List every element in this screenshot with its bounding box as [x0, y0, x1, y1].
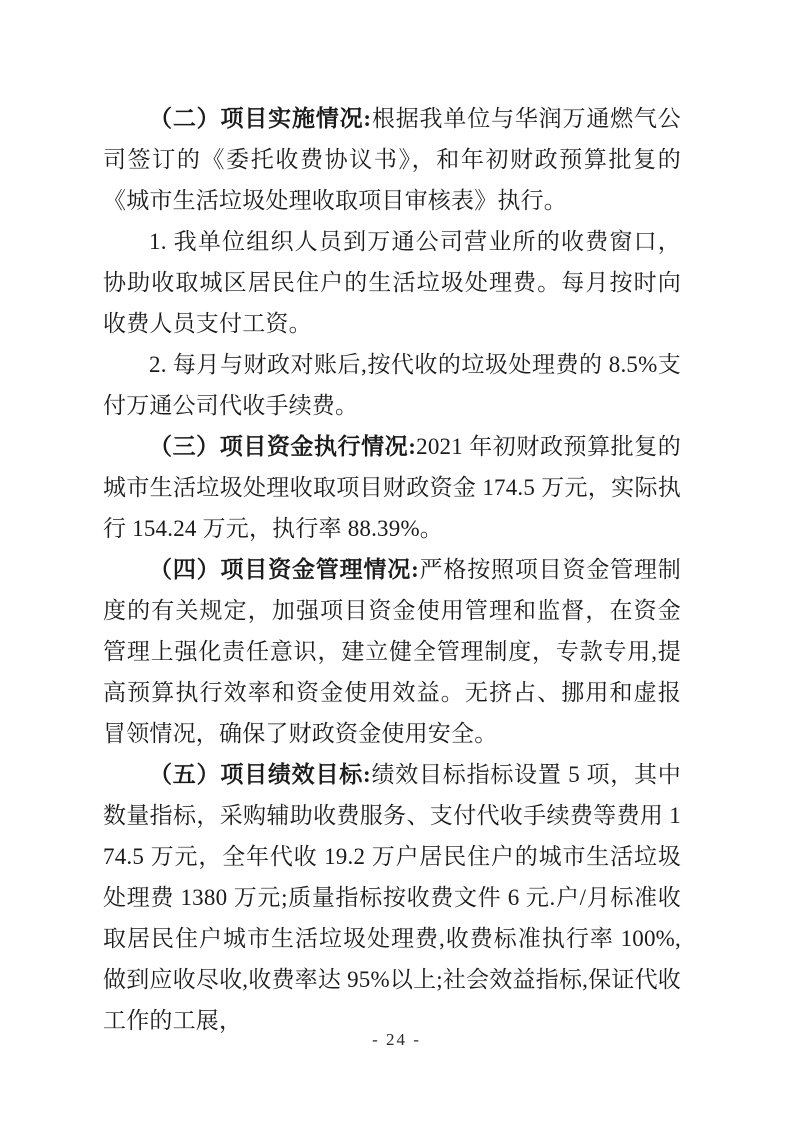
paragraph-text: 2. 每月与财政对账后,按代收的垃圾处理费的 8.5%支付万通公司代收手续费。	[103, 352, 681, 418]
paragraph-text: 绩效目标指标设置 5 项，其中数量指标，采购辅助收费服务、支付代收手续费等费用 …	[103, 762, 681, 1033]
para-item-1: 1. 我单位组织人员到万通公司营业所的收费窗口，协助收取城区居民住户的生活垃圾处…	[103, 221, 681, 344]
para-project-implementation: （二）项目实施情况:根据我单位与华润万通燃气公司签订的《委托收费协议书》，和年初…	[103, 98, 681, 221]
section-heading-implementation: （二）项目实施情况:	[149, 106, 371, 131]
document-page: （二）项目实施情况:根据我单位与华润万通燃气公司签订的《委托收费协议书》，和年初…	[0, 0, 793, 1122]
page-number: - 24 -	[0, 1030, 793, 1050]
para-fund-execution: （三）项目资金执行情况:2021 年初财政预算批复的城市生活垃圾处理收取项目财政…	[103, 426, 681, 549]
para-fund-management: （四）项目资金管理情况:严格按照项目资金管理制度的有关规定，加强项目资金使用管理…	[103, 549, 681, 754]
document-body: （二）项目实施情况:根据我单位与华润万通燃气公司签订的《委托收费协议书》，和年初…	[103, 98, 681, 1041]
section-heading-fund-management: （四）项目资金管理情况:	[149, 557, 419, 582]
section-heading-fund-execution: （三）项目资金执行情况:	[149, 434, 416, 459]
para-performance-targets: （五）项目绩效目标:绩效目标指标设置 5 项，其中数量指标，采购辅助收费服务、支…	[103, 754, 681, 1041]
page-number-text: - 24 -	[372, 1030, 421, 1049]
para-item-2: 2. 每月与财政对账后,按代收的垃圾处理费的 8.5%支付万通公司代收手续费。	[103, 344, 681, 426]
paragraph-text: 1. 我单位组织人员到万通公司营业所的收费窗口，协助收取城区居民住户的生活垃圾处…	[103, 229, 681, 336]
paragraph-text: 严格按照项目资金管理制度的有关规定，加强项目资金使用管理和监督，在资金管理上强化…	[103, 557, 681, 746]
section-heading-performance-targets: （五）项目绩效目标:	[149, 762, 371, 787]
